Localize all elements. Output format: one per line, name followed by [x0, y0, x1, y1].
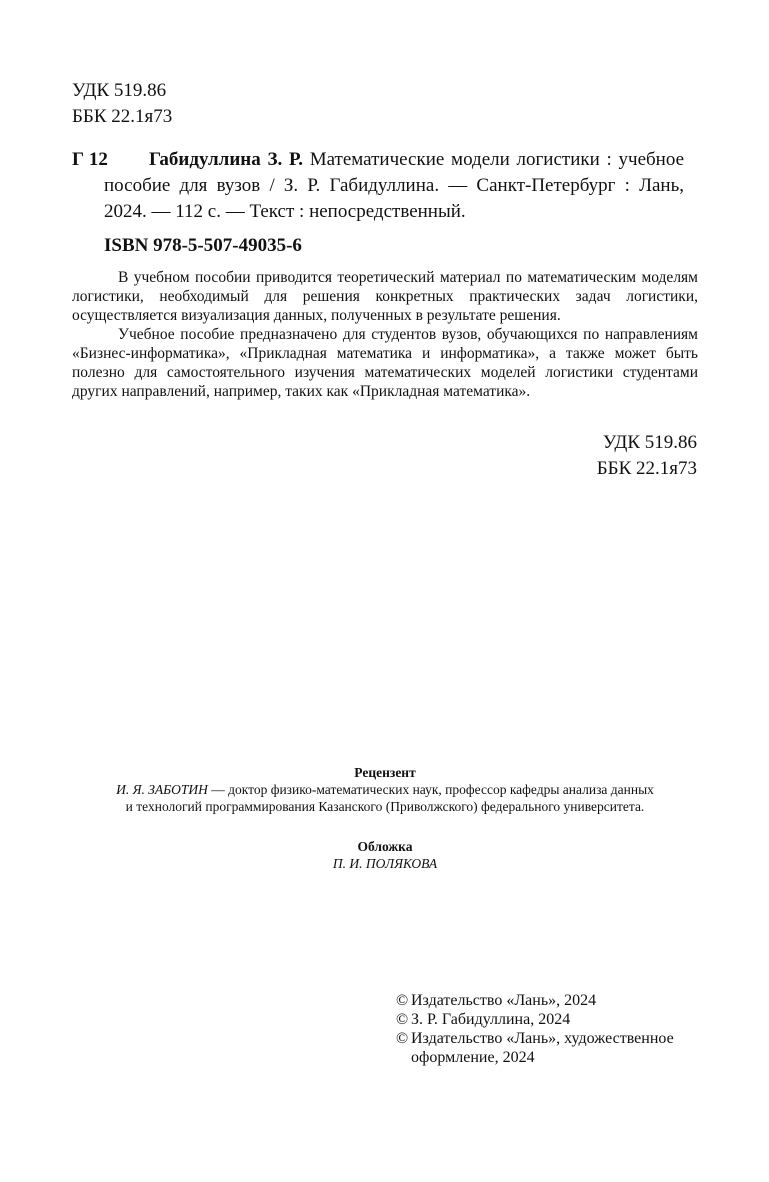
author-name: Габидуллина З. Р.	[149, 149, 303, 170]
cover-block: Обложка П. И. ПОЛЯКОВА	[72, 838, 698, 872]
copyright-line: ©З. Р. Габидуллина, 2024	[396, 1010, 701, 1029]
copyright-icon: ©	[396, 1029, 408, 1048]
annotation-paragraph: Учебное пособие предназначено для студен…	[72, 325, 698, 401]
copyright-icon: ©	[396, 991, 408, 1010]
bibliographic-description: Габидуллина З. Р. Математические модели …	[104, 147, 684, 225]
udk-bbk-bottom: УДК 519.86 ББК 22.1я73	[597, 430, 697, 482]
udk-bbk-top: УДК 519.86 ББК 22.1я73	[72, 78, 172, 130]
bibliographic-entry: Г 12 Габидуллина З. Р. Математические мо…	[72, 147, 684, 225]
bbk-code: ББК 22.1я73	[597, 456, 697, 482]
bbk-code: ББК 22.1я73	[72, 104, 172, 130]
isbn: ISBN 978-5-507-49035-6	[104, 233, 302, 259]
reviewer-credentials: — доктор физико-математических наук, про…	[208, 782, 654, 797]
annotation: В учебном пособии приводится теоретическ…	[72, 268, 698, 401]
reviewer-heading: Рецензент	[72, 764, 698, 781]
copyright-block: ©Издательство «Лань», 2024 ©З. Р. Габиду…	[396, 991, 701, 1067]
cover-designer: П. И. ПОЛЯКОВА	[72, 855, 698, 872]
udk-code: УДК 519.86	[72, 78, 172, 104]
reviewer-name: И. Я. ЗАБОТИН	[116, 782, 208, 797]
reviewer-line-2: и технологий программирования Казанского…	[72, 798, 698, 815]
udk-code: УДК 519.86	[597, 430, 697, 456]
author-mark: Г 12	[72, 147, 108, 173]
copyright-line: ©Издательство «Лань», художественное офо…	[396, 1029, 701, 1067]
cover-heading: Обложка	[72, 838, 698, 855]
reviewer-block: Рецензент И. Я. ЗАБОТИН — доктор физико-…	[72, 764, 698, 815]
copyright-icon: ©	[396, 1010, 408, 1029]
reviewer-line-1: И. Я. ЗАБОТИН — доктор физико-математиче…	[72, 781, 698, 798]
annotation-paragraph: В учебном пособии приводится теоретическ…	[72, 268, 698, 325]
copyright-line: ©Издательство «Лань», 2024	[396, 991, 701, 1010]
